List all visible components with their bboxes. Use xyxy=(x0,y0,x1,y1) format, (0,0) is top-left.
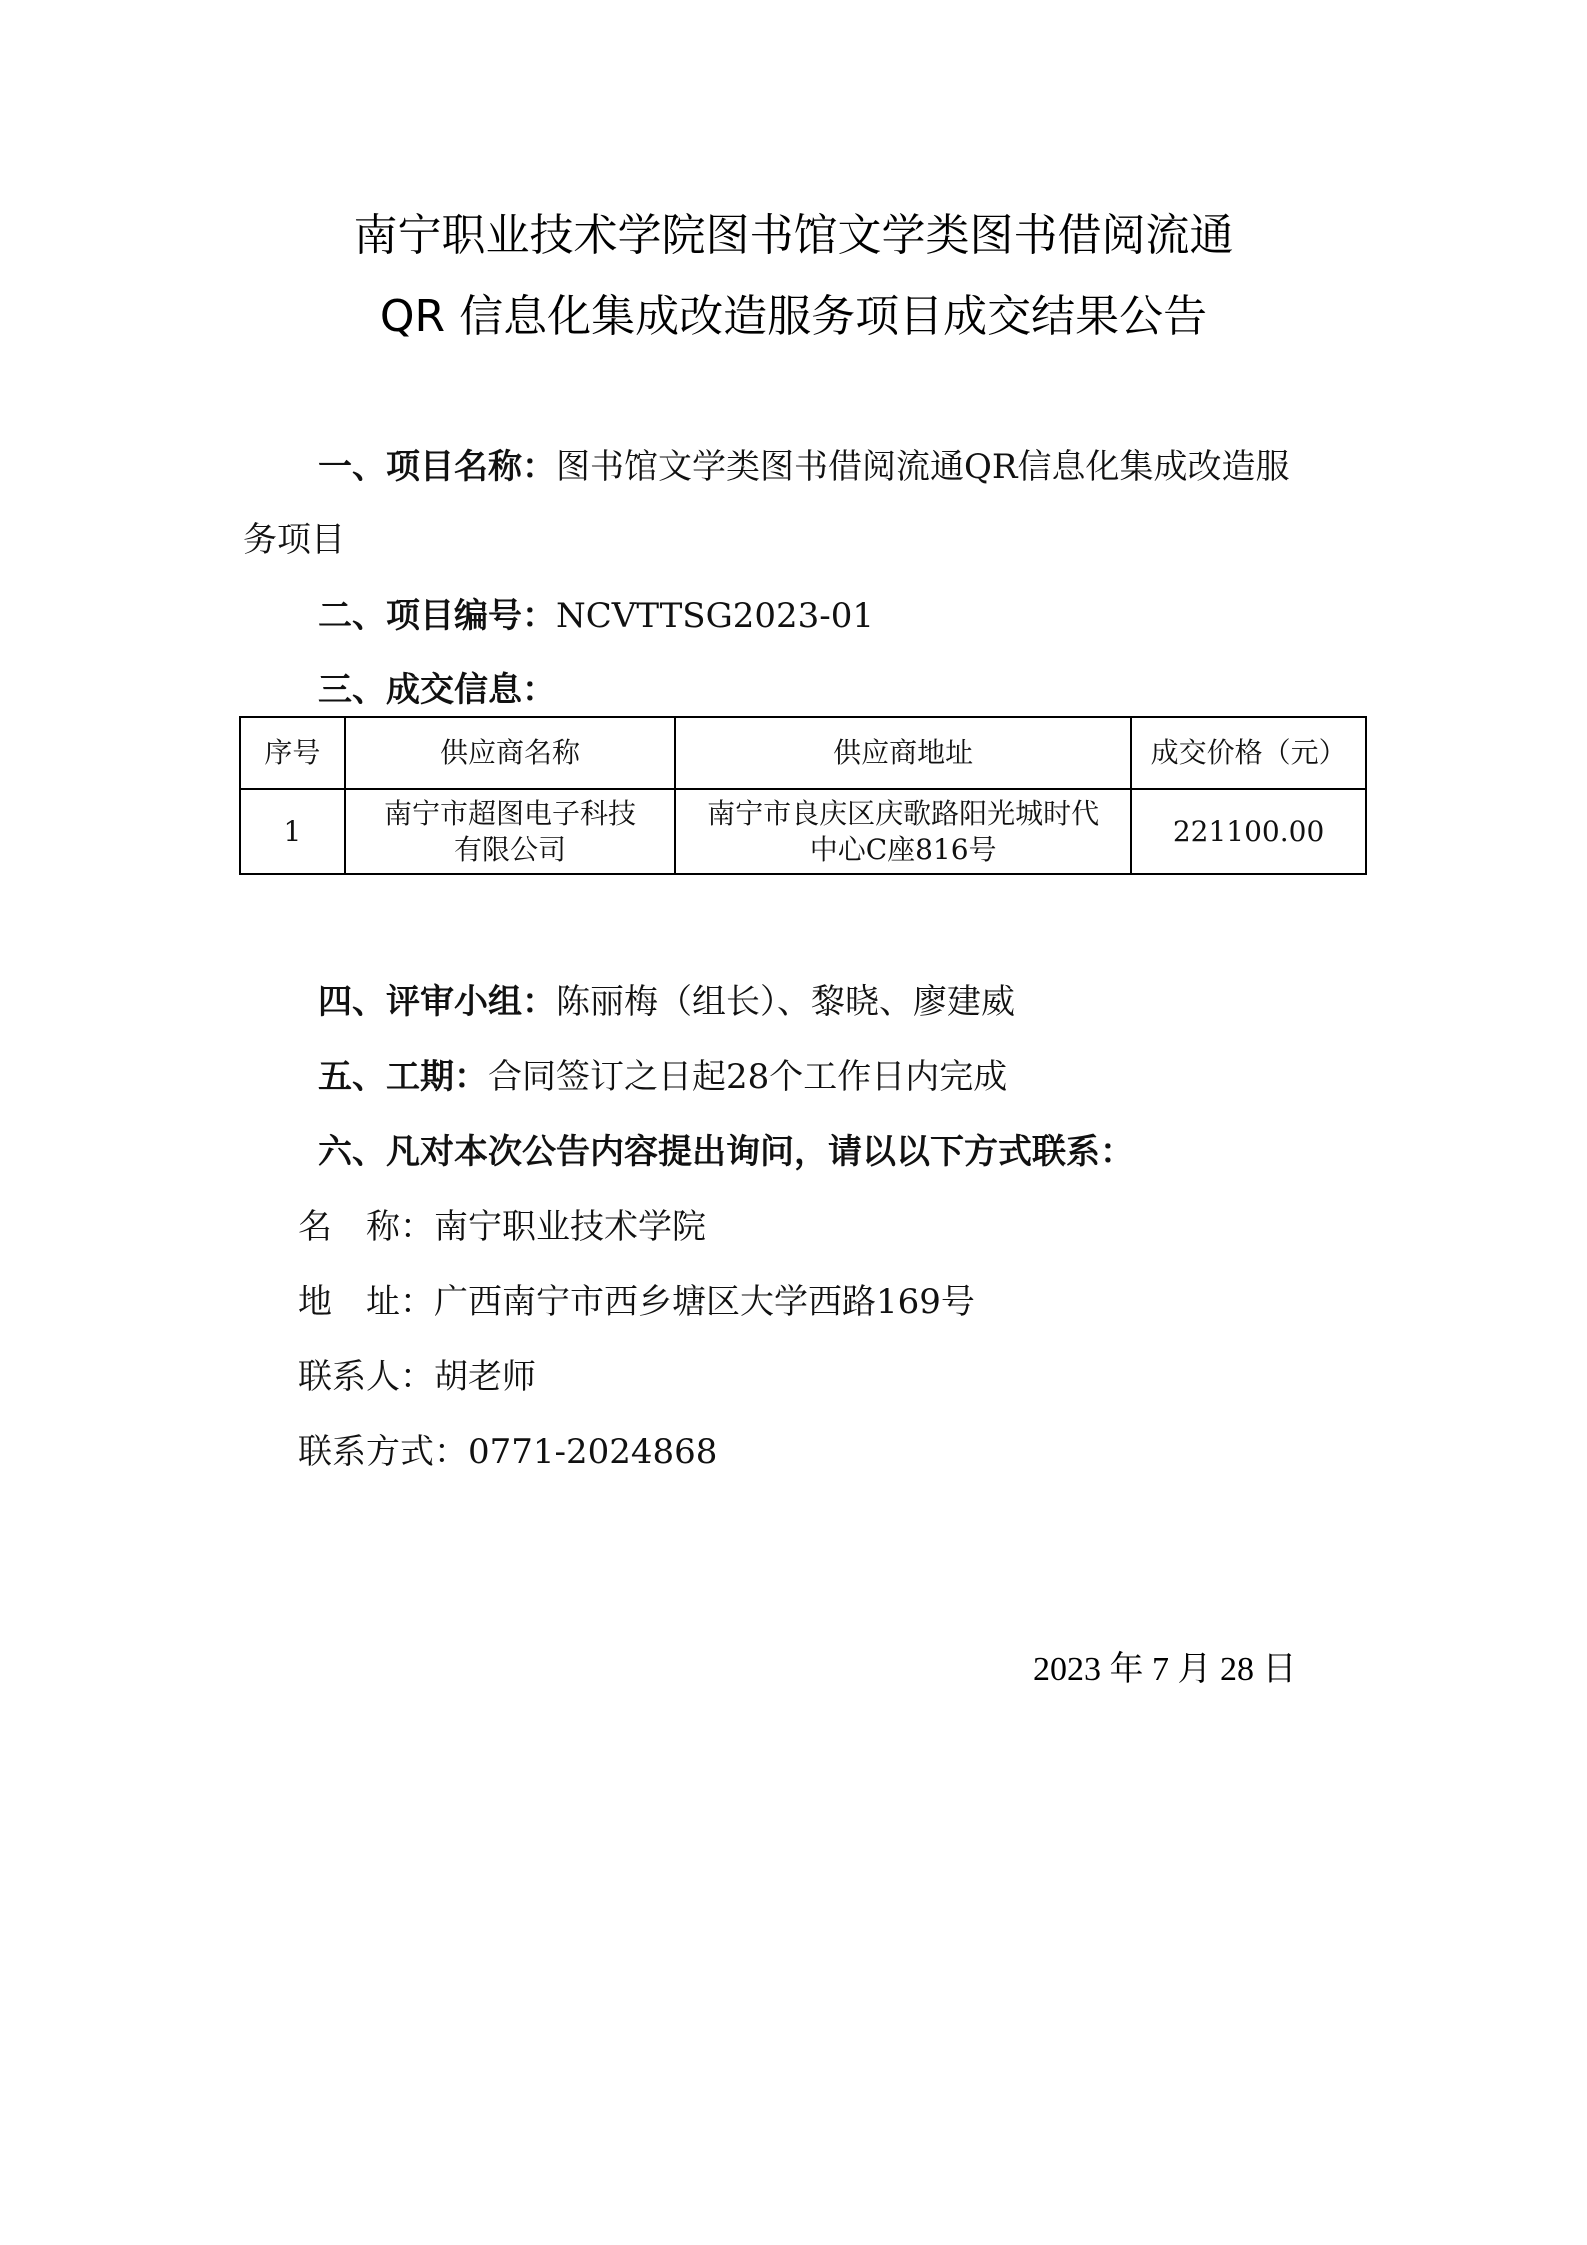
contact-phone-value: 0771-2024868 xyxy=(468,1432,717,1472)
cell-index: 1 xyxy=(240,789,345,874)
review-panel-value: 陈丽梅（组长）、黎晓、廖建威 xyxy=(556,982,1015,1022)
section-label: 六、凡对本次公告内容提出询问，请以以下方式联系： xyxy=(318,1132,1134,1172)
document-title-line-2: QR 信息化集成改造服务项目成交结果公告 xyxy=(0,287,1587,347)
section-label: 二、项目编号： xyxy=(318,596,556,636)
header-supplier-name: 供应商名称 xyxy=(345,717,675,789)
cell-price: 221100.00 xyxy=(1131,789,1366,874)
announcement-date: 2023 年 7 月 28 日 xyxy=(1033,1648,1297,1692)
contact-name-label: 名 称： xyxy=(298,1207,434,1247)
section-label: 五、工期： xyxy=(318,1057,488,1097)
supplier-address-line-1: 南宁市良庆区庆歌路阳光城时代 xyxy=(684,796,1122,832)
contact-phone: 联系方式：0771-2024868 xyxy=(298,1430,717,1474)
section-project-number: 二、项目编号：NCVTTSG2023-01 xyxy=(318,594,874,638)
section-inquiry: 六、凡对本次公告内容提出询问，请以以下方式联系： xyxy=(318,1130,1134,1174)
document-title-line-1: 南宁职业技术学院图书馆文学类图书借阅流通 xyxy=(0,206,1587,266)
contact-name-value: 南宁职业技术学院 xyxy=(434,1207,706,1247)
contact-phone-label: 联系方式： xyxy=(298,1432,468,1472)
supplier-name-line-1: 南宁市超图电子科技 xyxy=(354,796,666,832)
section-duration: 五、工期：合同签订之日起28个工作日内完成 xyxy=(318,1055,1007,1099)
contact-name: 名 称：南宁职业技术学院 xyxy=(298,1205,706,1249)
header-supplier-address: 供应商地址 xyxy=(675,717,1131,789)
contact-person-label: 联系人： xyxy=(298,1357,434,1397)
section-project-name-continued: 务项目 xyxy=(243,518,345,562)
document-page: 南宁职业技术学院图书馆文学类图书借阅流通 QR 信息化集成改造服务项目成交结果公… xyxy=(0,0,1587,2245)
project-number-value: NCVTTSG2023-01 xyxy=(556,596,874,636)
table-header-row: 序号 供应商名称 供应商地址 成交价格（元） xyxy=(240,717,1366,789)
header-index: 序号 xyxy=(240,717,345,789)
contact-address: 地 址：广西南宁市西乡塘区大学西路169号 xyxy=(298,1280,975,1324)
contact-person: 联系人：胡老师 xyxy=(298,1355,536,1399)
contact-address-label: 地 址： xyxy=(298,1282,434,1322)
section-review-panel: 四、评审小组：陈丽梅（组长）、黎晓、廖建威 xyxy=(318,980,1015,1024)
project-name-value: 图书馆文学类图书借阅流通QR信息化集成改造服 xyxy=(556,447,1289,487)
section-label: 四、评审小组： xyxy=(318,982,556,1022)
header-price: 成交价格（元） xyxy=(1131,717,1366,789)
supplier-name-line-2: 有限公司 xyxy=(354,832,666,868)
cell-supplier-address: 南宁市良庆区庆歌路阳光城时代 中心C座816号 xyxy=(675,789,1131,874)
section-label: 三、成交信息： xyxy=(318,670,556,710)
section-label: 一、项目名称： xyxy=(318,447,556,487)
contact-address-value: 广西南宁市西乡塘区大学西路169号 xyxy=(434,1282,975,1322)
deal-table: 序号 供应商名称 供应商地址 成交价格（元） 1 南宁市超图电子科技 有限公司 … xyxy=(239,716,1367,875)
cell-supplier-name: 南宁市超图电子科技 有限公司 xyxy=(345,789,675,874)
section-deal-info: 三、成交信息： xyxy=(318,668,556,712)
contact-person-value: 胡老师 xyxy=(434,1357,536,1397)
table-row: 1 南宁市超图电子科技 有限公司 南宁市良庆区庆歌路阳光城时代 中心C座816号… xyxy=(240,789,1366,874)
supplier-address-line-2: 中心C座816号 xyxy=(684,832,1122,868)
duration-value: 合同签订之日起28个工作日内完成 xyxy=(488,1057,1007,1097)
section-project-name: 一、项目名称：图书馆文学类图书借阅流通QR信息化集成改造服 xyxy=(318,445,1289,489)
